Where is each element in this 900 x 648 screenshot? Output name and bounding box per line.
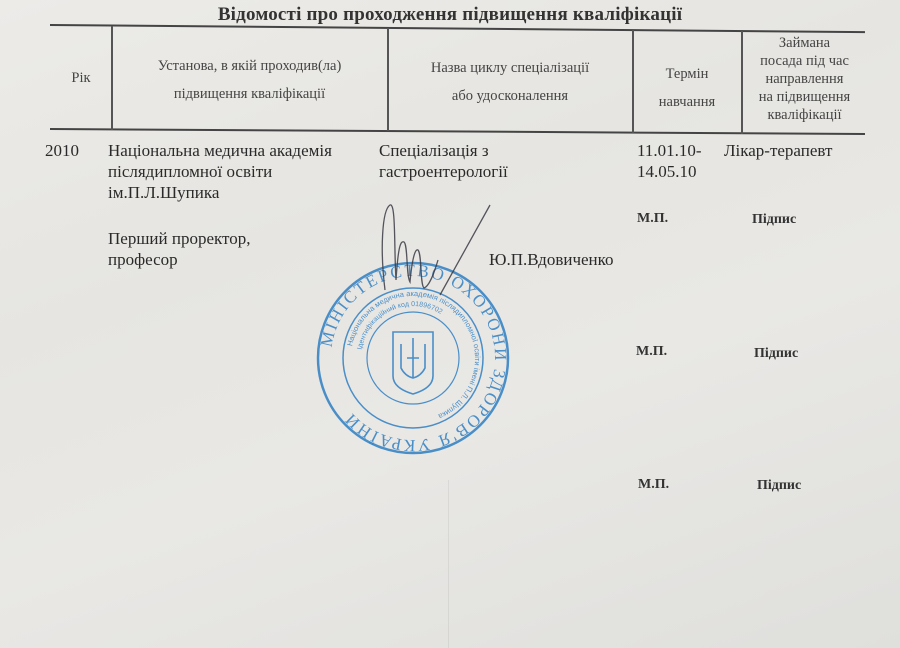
mp-label: М.П. bbox=[636, 341, 667, 362]
document-title: Відомості про проходження підвищення ква… bbox=[0, 4, 900, 26]
mp-label: М.П. bbox=[638, 474, 669, 495]
signature-label: Підпис bbox=[752, 209, 796, 230]
header-line: Назва циклу спеціалізації bbox=[388, 56, 632, 80]
cycle-line: Спеціалізація з bbox=[379, 140, 508, 161]
signature-label: Підпис bbox=[754, 343, 798, 364]
institution-line: ім.П.Л.Шупика bbox=[108, 182, 332, 203]
row-cycle: Спеціалізація з гастроентерології bbox=[379, 140, 508, 182]
institution-line: Національна медична академія bbox=[108, 140, 332, 161]
header-line: Установа, в якій проходив(ла) bbox=[112, 54, 387, 78]
header-year: Рік bbox=[52, 66, 110, 90]
header-year-label: Рік bbox=[71, 70, 90, 86]
row-position: Лікар-терапевт bbox=[724, 140, 832, 161]
header-line: направлення bbox=[742, 70, 867, 88]
header-line: Термін bbox=[633, 62, 741, 86]
signature-label: Підпис bbox=[757, 475, 801, 496]
term-line: 11.01.10- bbox=[637, 140, 702, 161]
cycle-line: гастроентерології bbox=[379, 161, 508, 182]
handwritten-signature bbox=[360, 190, 500, 300]
mp-label: М.П. bbox=[637, 208, 668, 229]
header-line: навчання bbox=[633, 90, 741, 114]
trident-emblem-icon bbox=[393, 332, 433, 394]
row-term: 11.01.10- 14.05.10 bbox=[637, 140, 702, 182]
header-line: посада під час bbox=[742, 52, 867, 70]
signatory-title-line: професор bbox=[108, 249, 251, 270]
header-cycle: Назва циклу спеціалізації або удосконале… bbox=[388, 56, 632, 108]
header-line: або удосконалення bbox=[388, 84, 632, 108]
row-year: 2010 bbox=[45, 140, 79, 161]
table-header-bottom-rule bbox=[50, 128, 865, 135]
header-term: Термін навчання bbox=[633, 62, 741, 114]
header-line: Займана bbox=[742, 34, 867, 52]
header-institution: Установа, в якій проходив(ла) підвищення… bbox=[112, 54, 387, 106]
header-line: кваліфікації bbox=[742, 106, 867, 124]
term-line: 14.05.10 bbox=[637, 161, 702, 182]
row-institution: Національна медична академія післядиплом… bbox=[108, 140, 332, 203]
institution-line: післядипломної освіти bbox=[108, 161, 332, 182]
signatory-title: Перший проректор, професор bbox=[108, 228, 251, 270]
header-line: на підвищення bbox=[742, 88, 867, 106]
signatory-title-line: Перший проректор, bbox=[108, 228, 251, 249]
header-line: підвищення кваліфікації bbox=[112, 82, 387, 106]
paper-fold bbox=[448, 480, 449, 648]
header-position: Займана посада під час направлення на пі… bbox=[742, 34, 867, 124]
